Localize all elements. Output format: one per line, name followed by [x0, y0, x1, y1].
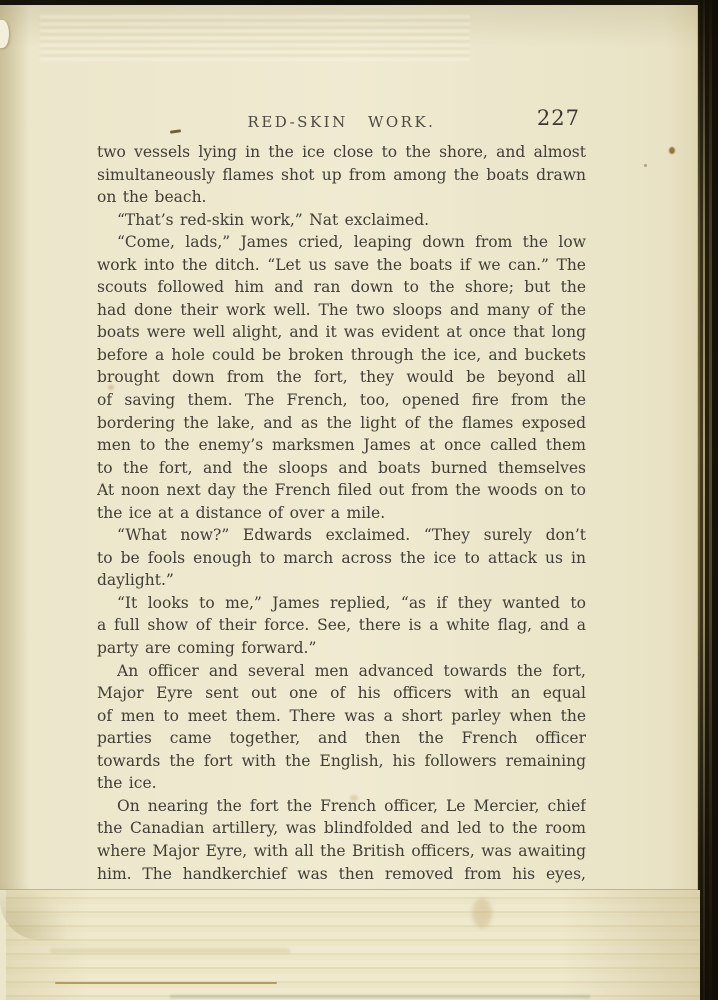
text-line: simultaneously flames shot up from among… [97, 164, 586, 187]
page-number: 227 [537, 106, 580, 130]
scan-speck [669, 147, 675, 154]
text-line: men to the enemy’s marksmen James at onc… [97, 434, 586, 457]
bottom-edge-streak [50, 948, 290, 954]
book-page: RED-SKIN WORK. 227 two vessels lying in … [0, 5, 706, 890]
text-line: where Major Eyre, with all the British o… [97, 840, 586, 863]
text-line: him. The handkerchief was then removed f… [97, 863, 586, 886]
text-line: the Canadian artillery, was blindfolded … [97, 817, 586, 840]
text-line: had done their work well. The two sloops… [97, 299, 586, 322]
text-line: parties came together, and then the Fren… [97, 727, 586, 750]
text-line: of men to meet them. There was a short p… [97, 705, 586, 728]
text-line: At noon next day the French filed out fr… [97, 479, 586, 502]
text-line: on the beach. [97, 186, 586, 209]
running-title: RED-SKIN WORK. [97, 113, 586, 131]
text-line: daylight.” [97, 569, 586, 592]
text-line: brought down from the fort, they would b… [97, 366, 586, 389]
text-line: “That’s red-skin work,” Nat exclaimed. [97, 209, 586, 232]
text-line: to be fools enough to march across the i… [97, 547, 586, 570]
text-line: “Come, lads,” James cried, leaping down … [97, 231, 586, 254]
scan-speck [644, 164, 647, 167]
text-line: the ice at a distance of over a mile. [97, 502, 586, 525]
text-line: party are coming forward.” [97, 637, 586, 660]
text-line: An officer and several men advanced towa… [97, 660, 586, 683]
page-text: two vessels lying in the ice close to th… [97, 141, 586, 885]
text-line: before a hole could be broken through th… [97, 344, 586, 367]
text-line: towards the fort with the English, his f… [97, 750, 586, 773]
text-line: work into the ditch. “Let us save the bo… [97, 254, 586, 277]
scan-speck [350, 795, 358, 801]
text-line: a full show of their force. See, there i… [97, 614, 586, 637]
text-line: to the fort, and the sloops and boats bu… [97, 457, 586, 480]
text-line: two vessels lying in the ice close to th… [97, 141, 586, 164]
book-scan: RED-SKIN WORK. 227 two vessels lying in … [0, 0, 718, 1000]
book-fore-edge [698, 0, 718, 1000]
text-line: bordering the lake, and as the light of … [97, 412, 586, 435]
page-edge-streaks-top [40, 15, 470, 61]
text-line: Major Eyre sent out one of his officers … [97, 682, 586, 705]
text-line: “What now?” Edwards exclaimed. “They sur… [97, 524, 586, 547]
text-line: scouts followed him and ran down to the … [97, 276, 586, 299]
scan-speck [108, 385, 114, 390]
text-line: boats were well alight, and it was evide… [97, 321, 586, 344]
page-left-shadow [0, 5, 30, 889]
scan-stain [472, 898, 492, 928]
bottom-edge-line [55, 982, 277, 984]
text-line: On nearing the fort the French officer, … [97, 795, 586, 818]
bottom-scan-shadow [170, 995, 590, 998]
text-line: “It looks to me,” James replied, “as if … [97, 592, 586, 615]
text-line: the ice. [97, 772, 586, 795]
text-line: of saving them. The French, too, opened … [97, 389, 586, 412]
